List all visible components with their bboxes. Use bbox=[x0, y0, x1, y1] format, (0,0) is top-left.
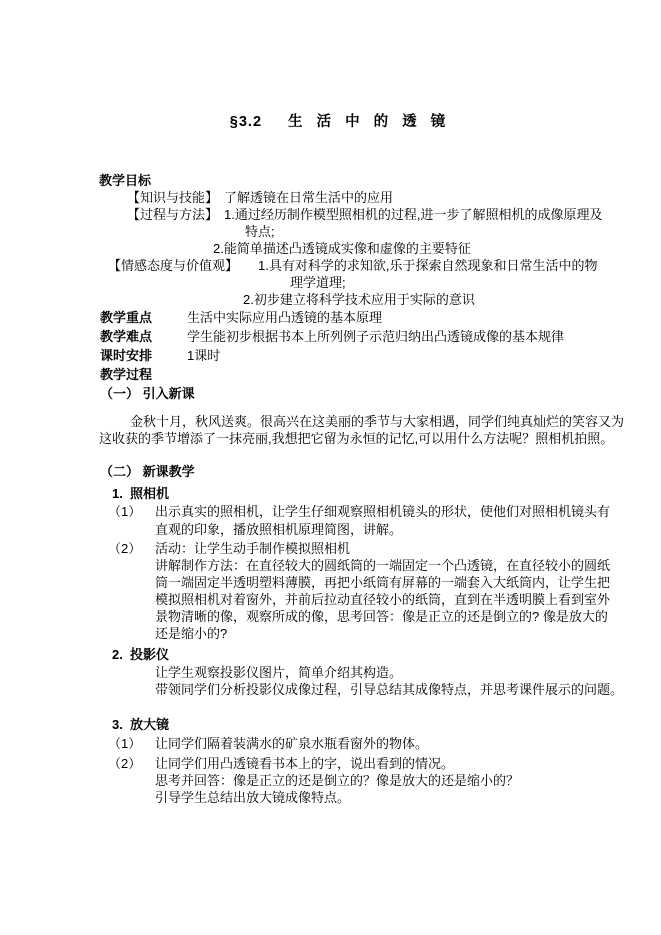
camera-item-1-text-2: 直观的印象，播放照相机原理简图，讲解。 bbox=[99, 521, 621, 539]
objectives-heading: 教学目标 bbox=[99, 172, 621, 189]
difficulty-row: 教学难点 学生能初步根据书本上所列例子示范归纳出凸透镜成像的基本规律 bbox=[99, 327, 621, 346]
camera-item-2-text-5: 景物清晰的像，观察所成的像，思考回答：像是正立的还是倒立的? 像是放大的 bbox=[99, 608, 621, 625]
objective-emotion-text-1: 1.具有对科学的求知欲,乐于探索自然现象和日常生活中的物 bbox=[258, 257, 597, 274]
title-text: 生 活 中 的 透 镜 bbox=[288, 114, 450, 130]
objective-process-text-1: 1.通过经历制作模型照相机的过程,进一步了解照相机的成像原理及 bbox=[224, 206, 602, 223]
intro-paragraph-line-2: 这收获的季节增添了一抹亮丽,我想把它留为永恒的记忆,可以用什么方法呢？照相机拍照… bbox=[99, 430, 621, 447]
camera-item-2: （2） 活动：让学生动手制作模拟照相机 bbox=[99, 540, 621, 557]
objective-process-text-3: 2.能简单描述凸透镜成实像和虚像的主要特征 bbox=[99, 240, 621, 257]
camera-heading: 照相机 bbox=[130, 484, 169, 503]
objective-process-text-2: 特点; bbox=[99, 223, 621, 240]
lesson-plan-page: §3.2生 活 中 的 透 镜 教学目标 【知识与技能】 了解透镜在日常生活中的… bbox=[0, 0, 661, 935]
projector-heading-row: 2. 投影仪 bbox=[99, 645, 621, 664]
section-number: §3.2 bbox=[230, 114, 262, 130]
camera-item-2-marker: （2） bbox=[108, 540, 155, 557]
difficulty-label: 教学难点 bbox=[100, 327, 187, 346]
key-point-value: 生活中实际应用凸透镜的基本原理 bbox=[187, 308, 382, 327]
objective-emotion-row: 【情感态度与价值观】 1.具有对科学的求知欲,乐于探索自然现象和日常生活中的物 bbox=[99, 257, 621, 274]
page-title: §3.2生 活 中 的 透 镜 bbox=[99, 113, 581, 132]
objective-knowledge-label: 【知识与技能】 bbox=[127, 189, 224, 206]
objective-emotion-text-3: 2.初步建立将科学技术应用于实际的意识 bbox=[99, 291, 621, 308]
projector-heading: 投影仪 bbox=[130, 645, 169, 664]
magnifier-item-1-text: 让同学们隔着装满水的矿泉水瓶看窗外的物体。 bbox=[155, 735, 428, 752]
objective-emotion-text-2: 理学道理; bbox=[99, 274, 621, 291]
magnifier-item-2: （2） 让同学们用凸透镜看书本上的字，说出看到的情况。 bbox=[99, 755, 621, 772]
process-heading-row: 教学过程 bbox=[99, 365, 621, 384]
camera-item-2-text: 活动：让学生动手制作模拟照相机 bbox=[155, 540, 350, 557]
projector-text-1: 让学生观察投影仪图片，简单介绍其构造。 bbox=[99, 664, 621, 681]
difficulty-value: 学生能初步根据书本上所列例子示范归纳出凸透镜成像的基本规律 bbox=[187, 327, 564, 346]
camera-item-2-text-4: 模拟照相机对着窗外，并前后拉动直径较小的纸筒，直到在半透明膜上看到室外 bbox=[99, 591, 621, 608]
camera-item-2-text-3: 筒一端固定半透明塑料薄膜，再把小纸筒有屏幕的一端套入大纸筒内，让学生把 bbox=[99, 574, 621, 591]
magnifier-item-1-marker: （1） bbox=[108, 735, 155, 752]
camera-item-2-text-2: 讲解制作方法：在直径较大的圆纸筒的一端固定一个凸透镜，在直径较小的圆纸 bbox=[99, 557, 621, 574]
magnifier-item-2-marker: （2） bbox=[108, 755, 155, 772]
schedule-label: 课时安排 bbox=[100, 346, 187, 365]
schedule-value: 1课时 bbox=[187, 346, 220, 365]
camera-item-1-marker: （1） bbox=[108, 503, 155, 521]
schedule-row: 课时安排 1课时 bbox=[99, 346, 621, 365]
key-point-row: 教学重点 生活中实际应用凸透镜的基本原理 bbox=[99, 308, 621, 327]
intro-paragraph-line-1: 金秋十月，秋风送爽。很高兴在这美丽的季节与大家相遇，同学们纯真灿烂的笑容又为 bbox=[99, 413, 621, 430]
objective-knowledge-text: 了解透镜在日常生活中的应用 bbox=[224, 189, 393, 206]
magnifier-heading-row: 3. 放大镜 bbox=[99, 715, 621, 734]
camera-item-2-text-6: 还是缩小的? bbox=[99, 625, 621, 642]
magnifier-heading: 放大镜 bbox=[130, 715, 169, 734]
magnifier-item-2-text-3: 引导学生总结出放大镜成像特点。 bbox=[99, 789, 621, 806]
process-heading: 教学过程 bbox=[100, 365, 187, 384]
projector-heading-number: 2. bbox=[112, 645, 130, 664]
objective-emotion-label: 【情感态度与价值观】 bbox=[108, 257, 258, 274]
camera-item-1: （1） 出示真实的照相机，让学生仔细观察照相机镜头的形状，使他们对照相机镜头有 bbox=[99, 503, 621, 521]
section1-heading: （一） 引入新课 bbox=[99, 384, 621, 403]
camera-heading-row: 1. 照相机 bbox=[99, 484, 621, 503]
objective-process-row: 【过程与方法】 1.通过经历制作模型照相机的过程,进一步了解照相机的成像原理及 bbox=[99, 206, 621, 223]
camera-heading-number: 1. bbox=[112, 484, 130, 503]
magnifier-heading-number: 3. bbox=[112, 715, 130, 734]
camera-item-1-text: 出示真实的照相机，让学生仔细观察照相机镜头的形状，使他们对照相机镜头有 bbox=[155, 503, 610, 521]
magnifier-item-1: （1） 让同学们隔着装满水的矿泉水瓶看窗外的物体。 bbox=[99, 735, 621, 752]
magnifier-item-2-text: 让同学们用凸透镜看书本上的字，说出看到的情况。 bbox=[155, 755, 454, 772]
projector-text-2: 带领同学们分析投影仪成像过程，引导总结其成像特点，并思考课件展示的问题。 bbox=[99, 681, 621, 698]
objective-process-label: 【过程与方法】 bbox=[127, 206, 224, 223]
magnifier-item-2-text-2: 思考并回答：像是正立的还是倒立的？像是放大的还是缩小的？ bbox=[99, 772, 621, 789]
objective-knowledge-row: 【知识与技能】 了解透镜在日常生活中的应用 bbox=[99, 189, 621, 206]
section2-heading: （二） 新课教学 bbox=[99, 462, 621, 481]
key-point-label: 教学重点 bbox=[100, 308, 187, 327]
